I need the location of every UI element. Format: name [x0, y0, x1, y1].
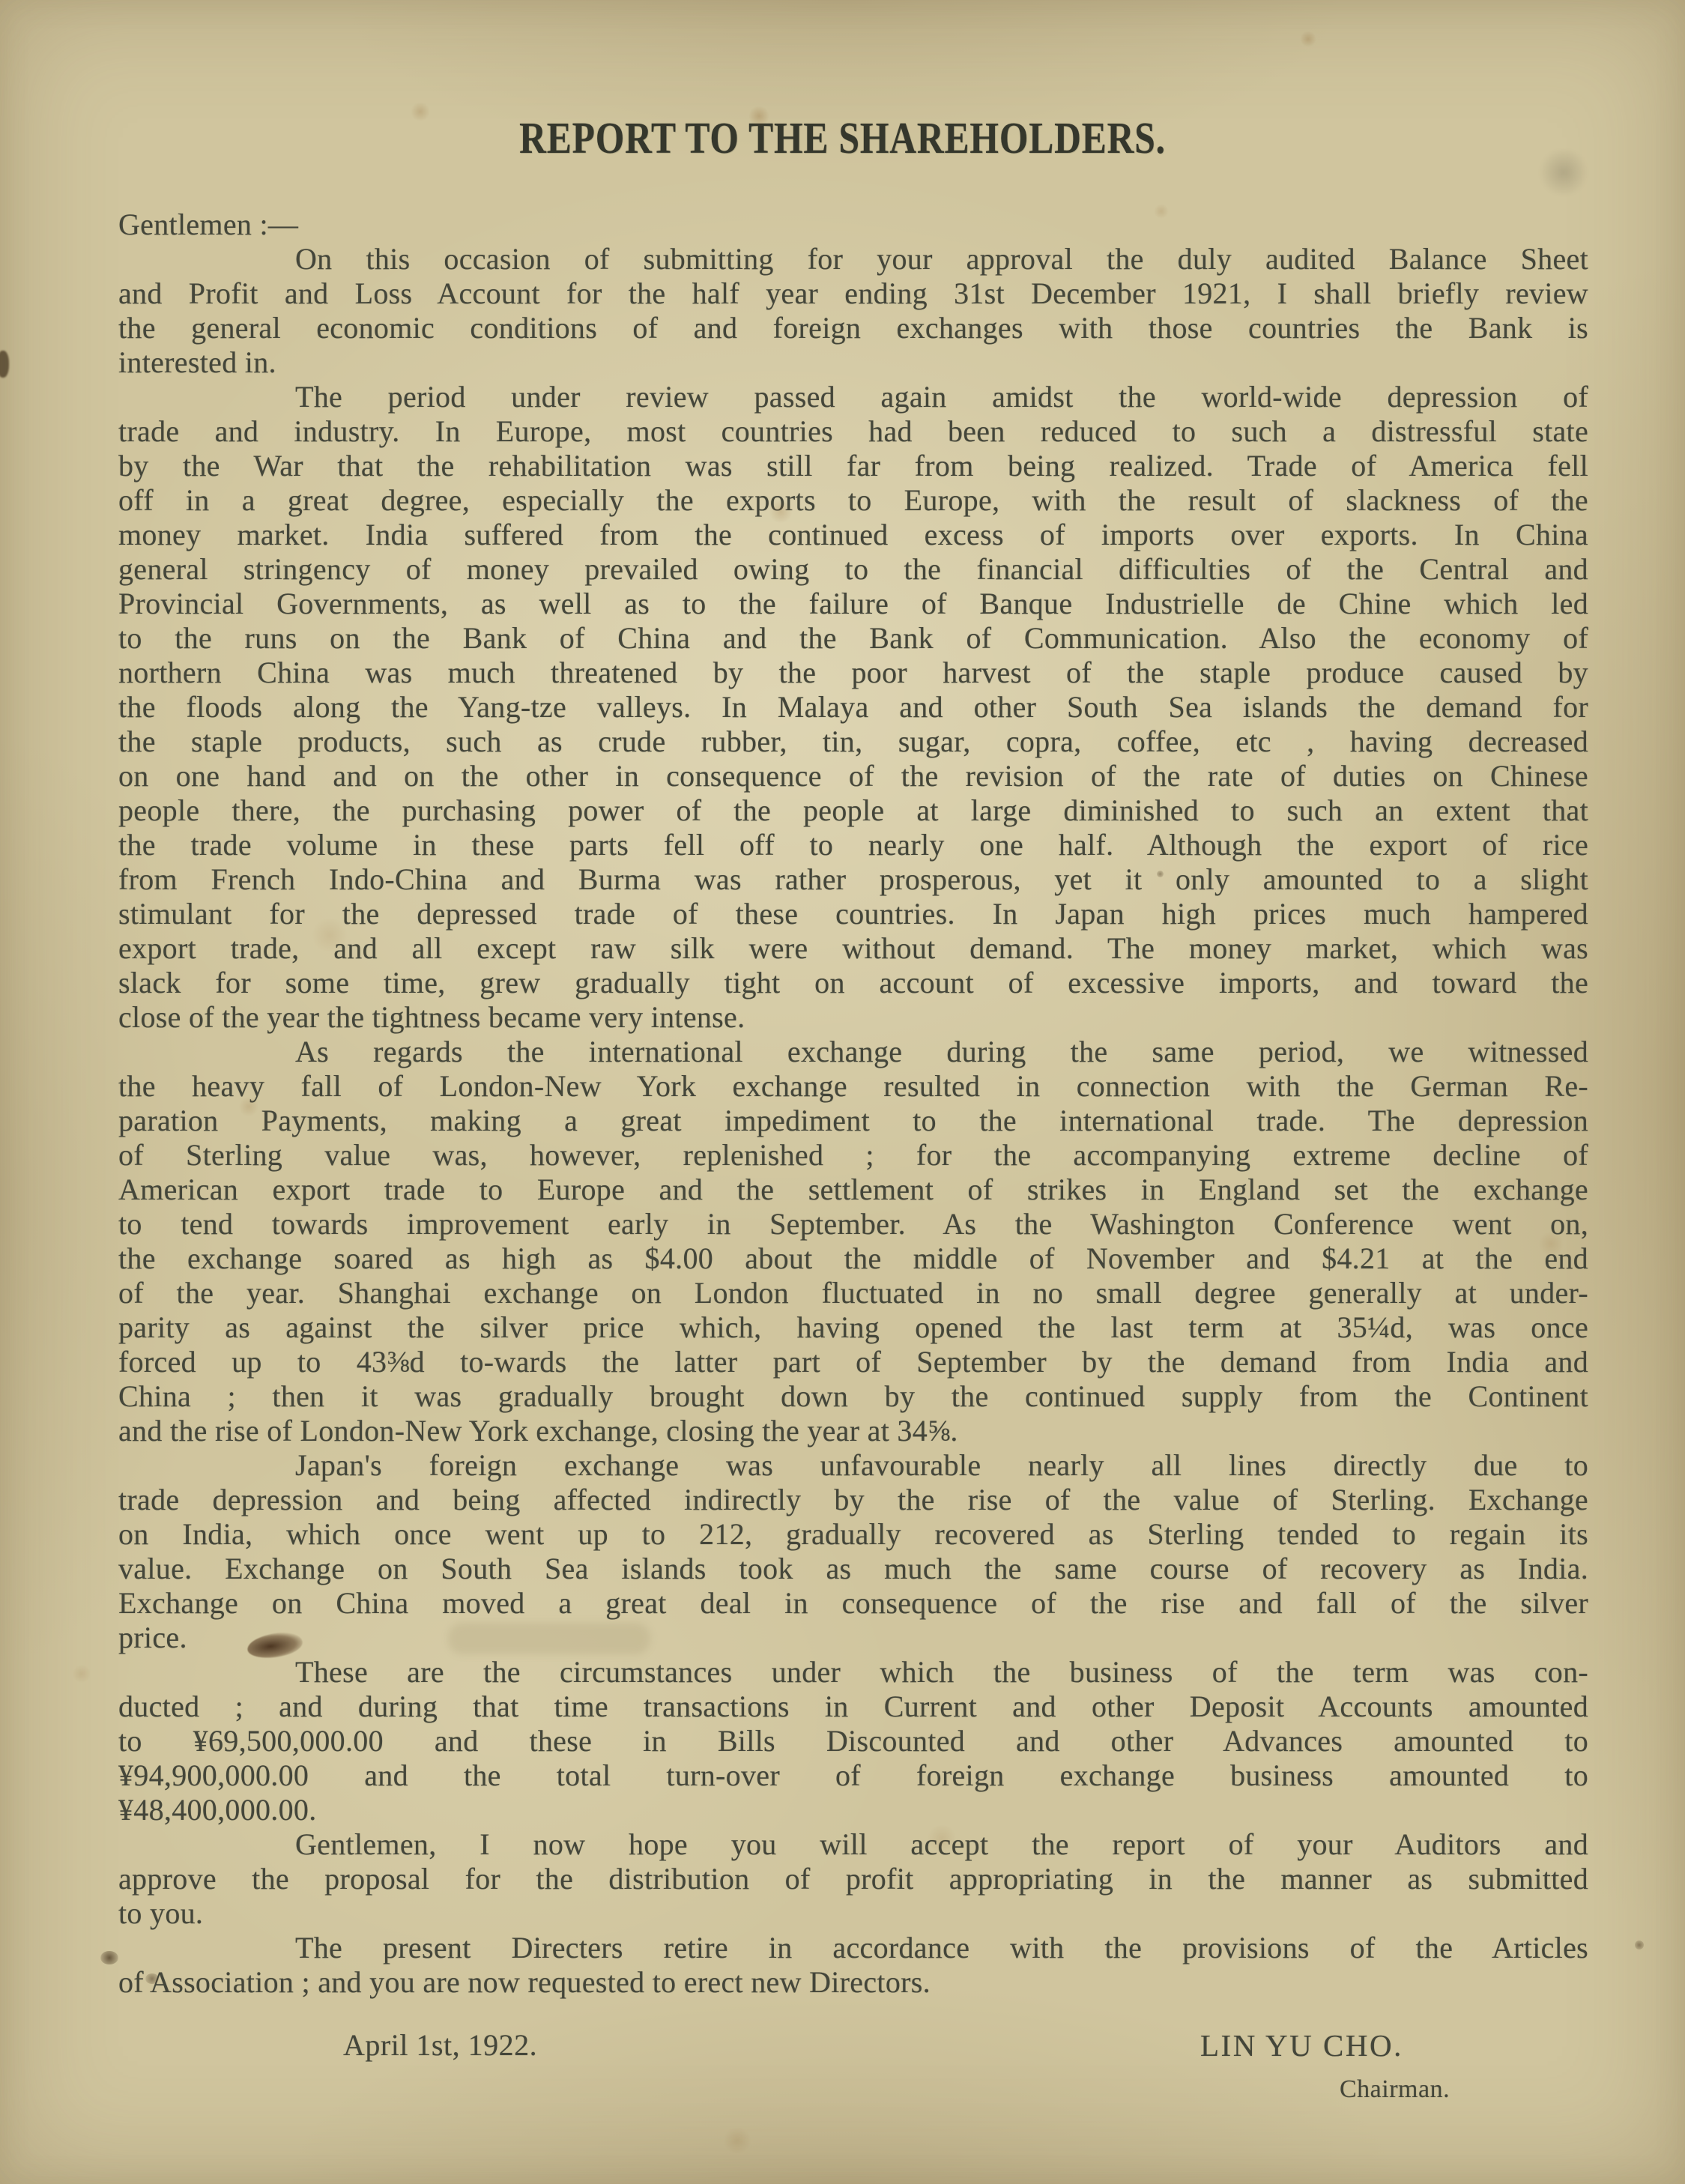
- text-line: to the runs on the Bank of China and the…: [118, 621, 1588, 656]
- text-line: by the War that the rehabilitation was s…: [118, 449, 1588, 483]
- paragraph: Gentlemen, I now hope you will accept th…: [118, 1827, 1588, 1931]
- foxing-spot: [722, 2128, 752, 2153]
- text-line: close of the year the tightness became v…: [118, 1000, 1588, 1035]
- paragraph: Japan's foreign exchange was unfavourabl…: [118, 1448, 1588, 1655]
- paragraph: The period under review passed again ami…: [118, 380, 1588, 1035]
- text-line: forced up to 43⅜d to-wards the latter pa…: [118, 1345, 1588, 1379]
- text-line: China ; then it was gradually brought do…: [118, 1379, 1588, 1414]
- salutation: Gentlemen :—: [118, 208, 1588, 242]
- text-line: As regards the international exchange du…: [118, 1035, 1588, 1069]
- foxing-spot: [72, 1665, 91, 1683]
- ink-speck: [1635, 1941, 1644, 1949]
- text-line: parity as against the silver price which…: [118, 1310, 1588, 1345]
- text-line: to you.: [118, 1896, 1588, 1931]
- text-line: The present Directers retire in accordan…: [118, 1931, 1588, 1965]
- text-line: ducted ; and during that time transactio…: [118, 1690, 1588, 1724]
- scanned-report-page: REPORT TO THE SHAREHOLDERS. Gentlemen :—…: [0, 0, 1685, 2184]
- text-line: ¥94,900,000.00 and the total turn-over o…: [118, 1758, 1588, 1793]
- text-line: on India, which once went up to 212, gra…: [118, 1517, 1588, 1552]
- text-line: general stringency of money prevailed ow…: [118, 552, 1588, 587]
- signatory-title: Chairman.: [1340, 2075, 1450, 2104]
- text-line: approve the proposal for the distributio…: [118, 1862, 1588, 1896]
- text-line: trade and industry. In Europe, most coun…: [118, 414, 1588, 449]
- paragraph: These are the circumstances under which …: [118, 1655, 1588, 1827]
- text-line: people there, the purchasing power of th…: [118, 793, 1588, 828]
- text-line: ¥48,400,000.00.: [118, 1793, 1588, 1827]
- text-line: interested in.: [118, 345, 1588, 380]
- paragraph: The present Directers retire in accordan…: [118, 1931, 1588, 2000]
- signatory-name: LIN YU CHO.: [1200, 2027, 1403, 2063]
- text-line: off in a great degree, especially the ex…: [118, 483, 1588, 518]
- text-line: on one hand and on the other in conseque…: [118, 759, 1588, 793]
- text-line: On this occasion of submitting for your …: [118, 242, 1588, 276]
- edge-mark: [0, 351, 9, 378]
- text-line: the heavy fall of London-New York exchan…: [118, 1069, 1588, 1104]
- paragraph: On this occasion of submitting for your …: [118, 242, 1588, 380]
- date-line: April 1st, 1922.: [343, 2027, 537, 2063]
- body-paragraphs: On this occasion of submitting for your …: [118, 242, 1588, 2000]
- text-line: Japan's foreign exchange was unfavourabl…: [118, 1448, 1588, 1483]
- text-line: The period under review passed again ami…: [118, 380, 1588, 414]
- text-line: money market. India suffered from the co…: [118, 518, 1588, 552]
- text-line: Gentlemen, I now hope you will accept th…: [118, 1827, 1588, 1862]
- text-line: to ¥69,500,000.00 and these in Bills Dis…: [118, 1724, 1588, 1758]
- text-line: the floods along the Yang-tze valleys. I…: [118, 690, 1588, 725]
- text-line: Exchange on China moved a great deal in …: [118, 1586, 1588, 1621]
- text-line: of Sterling value was, however, replenis…: [118, 1138, 1588, 1173]
- text-line: the exchange soared as high as $4.00 abo…: [118, 1241, 1588, 1276]
- text-line: price.: [118, 1621, 1588, 1655]
- text-line: slack for some time, grew gradually tigh…: [118, 966, 1588, 1000]
- text-line: value. Exchange on South Sea islands too…: [118, 1552, 1588, 1586]
- foxing-spot: [1301, 30, 1316, 48]
- text-line: the trade volume in these parts fell off…: [118, 828, 1588, 862]
- text-line: the staple products, such as crude rubbe…: [118, 725, 1588, 759]
- paragraph: As regards the international exchange du…: [118, 1035, 1588, 1448]
- report-body: Gentlemen :— On this occasion of submitt…: [118, 208, 1588, 2000]
- text-line: and the rise of London-New York exchange…: [118, 1414, 1588, 1448]
- text-line: the general economic conditions of and f…: [118, 311, 1588, 345]
- text-line: These are the circumstances under which …: [118, 1655, 1588, 1690]
- text-line: trade depression and being affected indi…: [118, 1483, 1588, 1517]
- ink-speck: [100, 1951, 118, 1964]
- text-line: to tend towards improvement early in Sep…: [118, 1207, 1588, 1241]
- text-line: Provincial Governments, as well as to th…: [118, 587, 1588, 621]
- text-line: American export trade to Europe and the …: [118, 1173, 1588, 1207]
- text-line: of Association ; and you are now request…: [118, 1965, 1588, 2000]
- text-line: stimulant for the depressed trade of the…: [118, 897, 1588, 931]
- text-line: from French Indo-China and Burma was rat…: [118, 862, 1588, 897]
- text-line: paration Payments, making a great impedi…: [118, 1104, 1588, 1138]
- text-line: and Profit and Loss Account for the half…: [118, 276, 1588, 311]
- text-line: northern China was much threatened by th…: [118, 656, 1588, 690]
- text-line: of the year. Shanghai exchange on London…: [118, 1276, 1588, 1310]
- text-line: export trade, and all except raw silk we…: [118, 931, 1588, 966]
- page-title: REPORT TO THE SHAREHOLDERS.: [135, 112, 1550, 164]
